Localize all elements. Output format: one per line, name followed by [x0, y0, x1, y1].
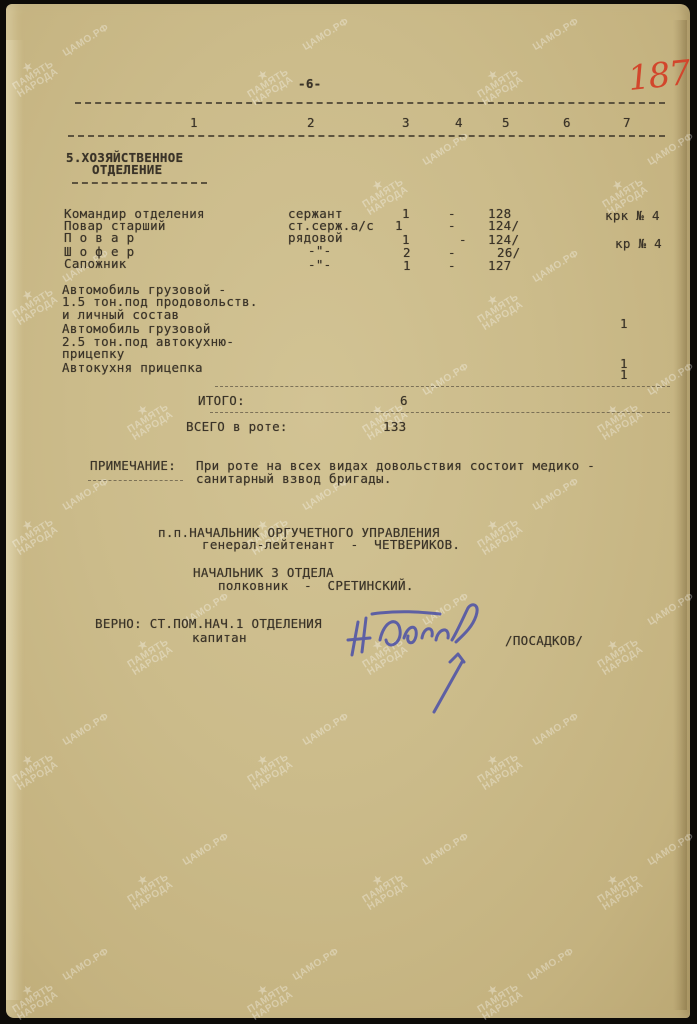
rank-cell: -"-	[308, 245, 331, 257]
col4-cell: -	[448, 220, 456, 232]
column-number-7: 7	[623, 117, 631, 129]
vsego-value: 133	[383, 421, 406, 433]
vehicle-qty: 1	[620, 369, 628, 381]
vehicle-qty: 1	[620, 318, 628, 330]
section-underline	[72, 182, 207, 184]
totals-rule-top	[215, 386, 670, 387]
section-subtitle: ОТДЕЛЕНИЕ	[92, 164, 162, 176]
col4-cell: -	[448, 260, 456, 272]
col5-cell: 124/	[488, 220, 519, 232]
column-number-2: 2	[307, 117, 315, 129]
col5-cell: 127	[488, 260, 511, 272]
itogo-value: 6	[400, 395, 408, 407]
handwritten-signature	[340, 600, 510, 725]
vsego-label: ВСЕГО в роте:	[186, 421, 288, 433]
archive-page-number: 187	[626, 53, 692, 99]
col7-cell: крк № 4	[605, 210, 660, 222]
vehicle-line: прицепку	[62, 348, 125, 360]
vehicle-line: и личный состав	[62, 309, 179, 321]
rank-cell: -"-	[308, 259, 331, 271]
column-number-6: 6	[563, 117, 571, 129]
column-number-5: 5	[502, 117, 510, 129]
itogo-label: ИТОГО:	[198, 395, 245, 407]
position-cell: Сапожник	[64, 258, 127, 270]
vehicle-line: Автокухня прицепка	[62, 362, 203, 374]
verify-name: /ПОСАДКОВ/	[505, 635, 583, 647]
totals-rule-bottom	[210, 412, 670, 413]
paper-fold-left	[6, 40, 24, 1000]
col4-cell: -	[459, 234, 467, 246]
column-number-4: 4	[455, 117, 463, 129]
column-number-1: 1	[190, 117, 198, 129]
verify-line-1: ВЕРНО: СТ.ПОМ.НАЧ.1 ОТДЕЛЕНИЯ	[95, 618, 322, 630]
page-marker: -6-	[298, 78, 321, 90]
verify-line-2: капитан	[192, 632, 247, 644]
note-underline	[88, 480, 183, 481]
qty-cell: 1	[395, 220, 403, 232]
header-rule-top	[75, 102, 665, 104]
note-line-2: санитарный взвод бригады.	[196, 473, 392, 485]
qty-cell: 1	[402, 208, 410, 220]
col7-cell: кр № 4	[615, 238, 662, 250]
column-number-3: 3	[402, 117, 410, 129]
header-rule-bottom	[68, 135, 665, 137]
qty-cell: 1	[403, 260, 411, 272]
position-cell: П о в а р	[64, 232, 134, 244]
note-label: ПРИМЕЧАНИЕ:	[90, 460, 176, 472]
signature-line-4: полковник - СРЕТИНСКИЙ.	[218, 580, 414, 592]
signature-line-2: генерал-лейтенант - ЧЕТВЕРИКОВ.	[202, 539, 460, 551]
paper-fold-right	[673, 20, 687, 1010]
